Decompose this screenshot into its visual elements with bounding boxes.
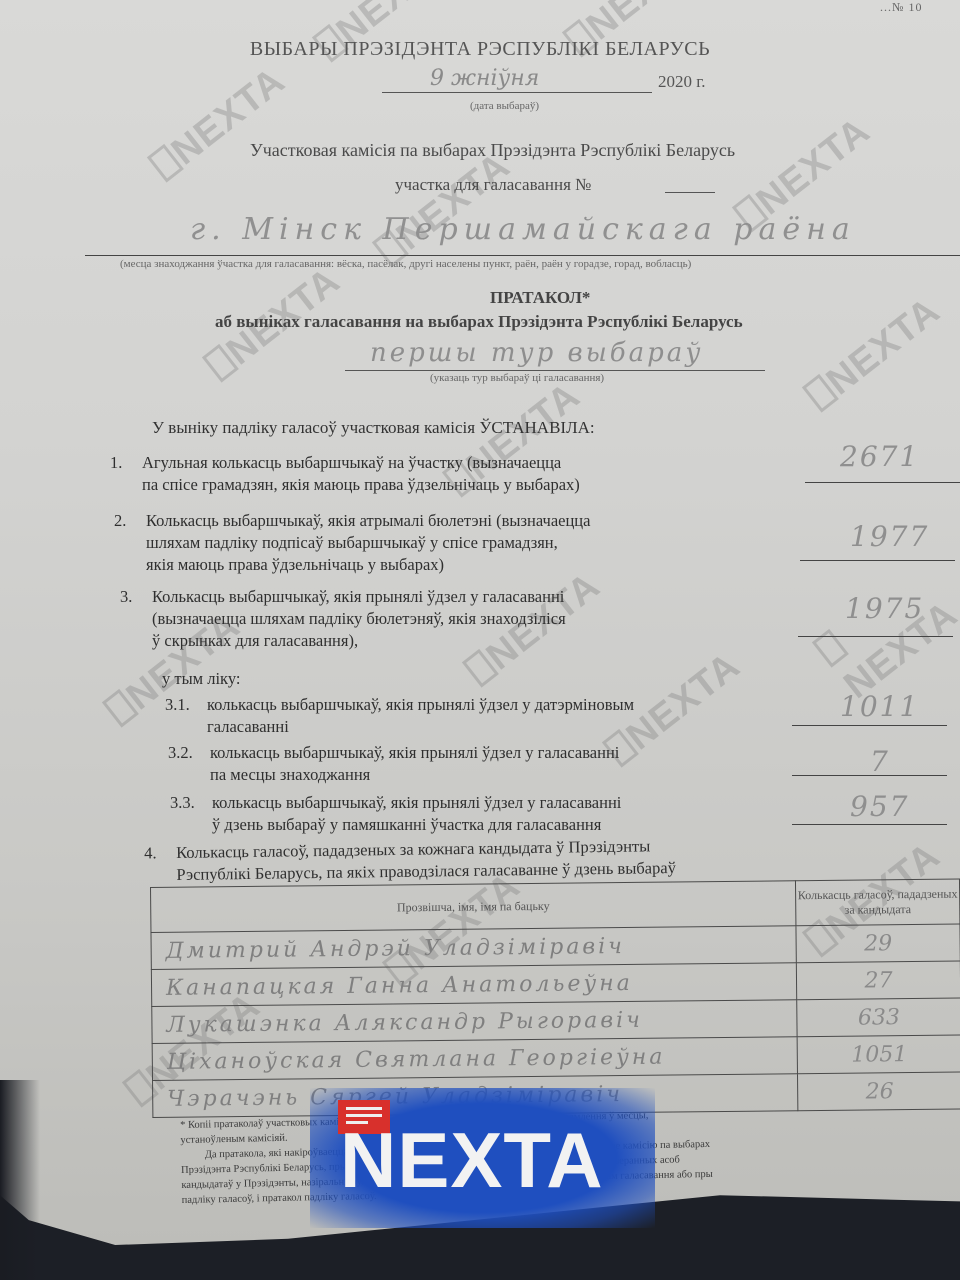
item-2-line <box>800 560 955 561</box>
protocol-subtitle: аб выніках галасавання на выбарах Прэзід… <box>215 312 743 332</box>
subitems-label: у тым ліку: <box>162 668 240 690</box>
item-3-1-value: 1011 <box>840 690 919 723</box>
location-underline <box>85 255 960 256</box>
round-underline <box>345 370 765 371</box>
election-date-handwritten: 9 жніўня <box>430 66 539 91</box>
column-header-votes: Колькасць галасоў, пададзеных за кандыда… <box>795 879 959 926</box>
item-3-2: 3.2. колькасць выбаршчыкаў, якія прынялі… <box>210 742 619 786</box>
item-3: 3. Колькасць выбаршчыкаў, якія прынялі ў… <box>152 586 566 652</box>
item-1: 1. Агульная колькасць выбаршчыкаў на ўча… <box>142 452 580 496</box>
column-header-name: Прозвішча, імя, імя па бацьку <box>151 881 796 933</box>
item-1-line <box>805 482 960 483</box>
item-4: 4. Колькасць галасоў, пададзеных за кожн… <box>176 835 676 886</box>
item-3-3-value: 957 <box>850 790 909 823</box>
item-2-value: 1977 <box>850 520 929 553</box>
item-3-2-value: 7 <box>870 745 890 778</box>
item-1-value: 2671 <box>840 440 919 473</box>
precinct-label: участка для галасавання № <box>395 175 591 195</box>
commission-title: Участковая камісія па выбарах Прэзідэнта… <box>250 140 735 161</box>
item-3-value: 1975 <box>845 592 924 625</box>
item-2: 2. Колькасць выбаршчыкаў, якія атрымалі … <box>146 510 590 576</box>
form-serial-number: ...№ 10 <box>880 0 922 15</box>
logo-text: NEXTA <box>340 1120 604 1200</box>
election-round-handwritten: першы тур выбараў <box>370 338 703 368</box>
candidates-table: Прозвішча, імя, імя па бацьку Колькасць … <box>150 879 960 1118</box>
location-handwritten: г. Мінск Першамайскага раёна <box>190 212 856 247</box>
document-title: ВЫБАРЫ ПРЭЗІДЭНТА РЭСПУБЛІКІ БЕЛАРУСЬ <box>0 38 960 61</box>
item-3-3: 3.3. колькасць выбаршчыкаў, якія прынялі… <box>212 792 621 836</box>
item-3-2-line <box>792 775 947 776</box>
protocol-title: ПРАТАКОЛ* <box>490 288 590 308</box>
election-year: 2020 г. <box>658 72 706 92</box>
item-3-1: 3.1. колькасць выбаршчыкаў, якія прынялі… <box>207 694 634 738</box>
precinct-number-line <box>665 192 715 193</box>
date-underline <box>382 92 652 93</box>
location-caption: (месца знаходжання ўчастка для галасаван… <box>120 258 691 270</box>
commission-established-heading: У выніку падліку галасоў участковая камі… <box>152 418 595 438</box>
item-3-3-line <box>792 824 947 825</box>
background-shadow <box>0 1080 40 1280</box>
item-3-1-line <box>792 725 947 726</box>
item-3-line <box>798 636 953 637</box>
nexta-logo: NEXTA <box>338 1100 628 1200</box>
round-caption: (указаць тур выбараў ці галасавання) <box>430 372 604 384</box>
date-caption: (дата выбараў) <box>470 100 539 112</box>
